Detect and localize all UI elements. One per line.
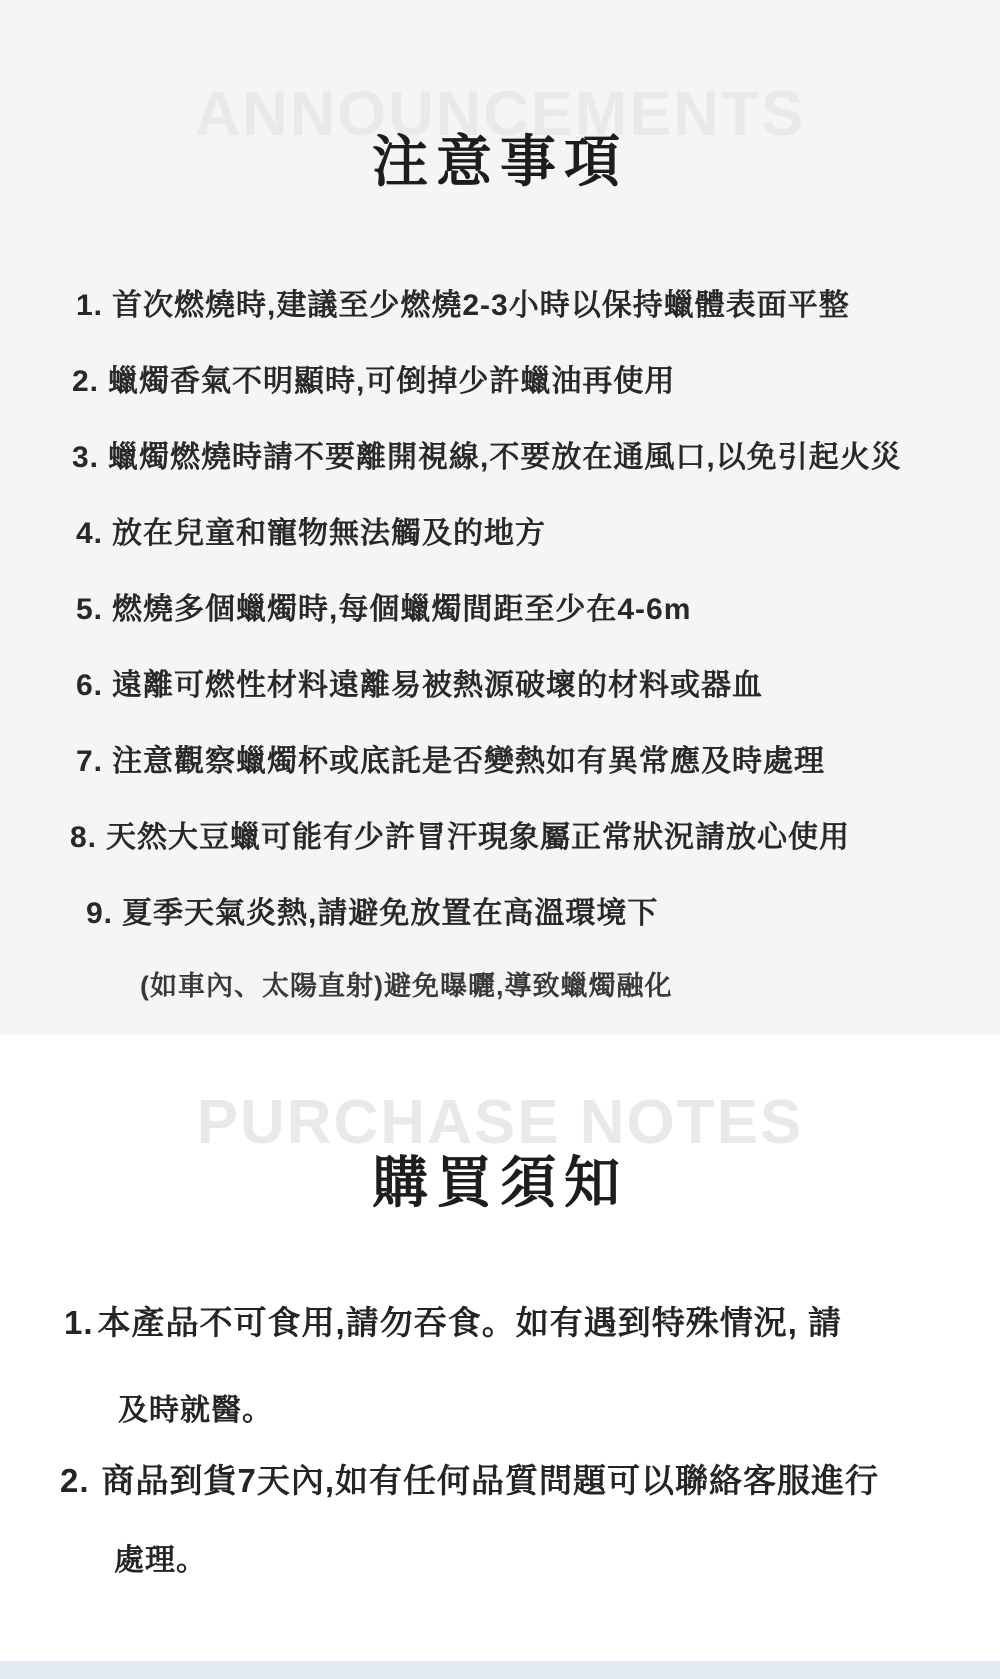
purchase-item-text: 商品到貨7天內,如有任何品質問題可以聯絡客服進行 <box>102 1462 880 1499</box>
footer-strip <box>0 1661 1000 1679</box>
notice-item: 9.夏季天氣炎熱,請避免放置在高溫環境下 <box>0 888 1000 964</box>
notice-item: 7.注意觀察蠟燭杯或底託是否變熱如有異常應及時處理 <box>0 736 1000 812</box>
notice-item-number: 4. <box>76 517 103 550</box>
notice-item-number: 6. <box>76 669 103 702</box>
purchase-item-number: 2. <box>60 1462 90 1499</box>
notice-item-number: 3. <box>72 441 99 474</box>
purchase-item-continuation: 及時就醫。 <box>118 1385 273 1429</box>
notice-item-text: 遠離可燃性材料遠離易被熱源破壞的材料或器血 <box>112 669 763 702</box>
purchase-notes-section: PURCHASE NOTES 購買須知 1.本產品不可食用,請勿吞食。如有遇到特… <box>0 1035 1000 1679</box>
notice-item: 8.天然大豆蠟可能有少許冒汗現象屬正常狀況請放心使用 <box>0 812 1000 888</box>
announcements-title: 注意事項 <box>0 118 1000 198</box>
notice-item-number: 2. <box>72 365 99 398</box>
notice-item-text: 放在兒童和寵物無法觸及的地方 <box>112 517 546 550</box>
purchase-item-number: 1. <box>64 1304 94 1341</box>
notice-item-number: 9. <box>86 897 113 930</box>
notice-item-text: 燃燒多個蠟燭時,每個蠟燭間距至少在4-6m <box>112 593 691 626</box>
notice-item-number: 8. <box>70 821 97 854</box>
notice-item: 3.蠟燭燃燒時請不要離開視線,不要放在通風口,以免引起火災 <box>0 432 1000 508</box>
announcements-section: ANNOUNCEMENTS 注意事項 1.首次燃燒時,建議至少燃燒2-3小時以保… <box>0 0 1000 1035</box>
purchase-item: 1.本產品不可食用,請勿吞食。如有遇到特殊情況, 請 <box>64 1297 842 1344</box>
purchase-item: 2.商品到貨7天內,如有任何品質問題可以聯絡客服進行 <box>60 1455 879 1502</box>
notice-item-text: 蠟燭香氣不明顯時,可倒掉少許蠟油再使用 <box>108 365 675 398</box>
notice-item-text: 注意觀察蠟燭杯或底託是否變熱如有異常應及時處理 <box>112 745 825 778</box>
purchase-item-text: 本產品不可食用,請勿吞食。如有遇到特殊情況, 請 <box>98 1304 843 1341</box>
notice-item: 5.燃燒多個蠟燭時,每個蠟燭間距至少在4-6m <box>0 584 1000 660</box>
notice-item-number: 1. <box>76 289 103 322</box>
notice-item: 2.蠟燭香氣不明顯時,可倒掉少許蠟油再使用 <box>0 356 1000 432</box>
notice-item-9-subnote: (如車內、太陽直射)避免曝曬,導致蠟燭融化 <box>0 964 1000 1003</box>
notice-list: 1.首次燃燒時,建議至少燃燒2-3小時以保持蠟體表面平整 2.蠟燭香氣不明顯時,… <box>0 280 1000 1003</box>
purchase-notes-title: 購買須知 <box>0 1139 1000 1219</box>
notice-item: 4.放在兒童和寵物無法觸及的地方 <box>0 508 1000 584</box>
notice-item-text: 夏季天氣炎熱,請避免放置在高溫環境下 <box>122 897 658 930</box>
notice-item-text: 蠟燭燃燒時請不要離開視線,不要放在通風口,以免引起火災 <box>108 441 902 474</box>
notice-item: 1.首次燃燒時,建議至少燃燒2-3小時以保持蠟體表面平整 <box>0 280 1000 356</box>
notice-item-text: 首次燃燒時,建議至少燃燒2-3小時以保持蠟體表面平整 <box>112 289 850 322</box>
notice-item-number: 7. <box>76 745 103 778</box>
notice-item-number: 5. <box>76 593 103 626</box>
notice-item-text: 天然大豆蠟可能有少許冒汗現象屬正常狀況請放心使用 <box>106 821 850 854</box>
purchase-item-continuation: 處理。 <box>114 1535 207 1579</box>
notice-item: 6.遠離可燃性材料遠離易被熱源破壞的材料或器血 <box>0 660 1000 736</box>
